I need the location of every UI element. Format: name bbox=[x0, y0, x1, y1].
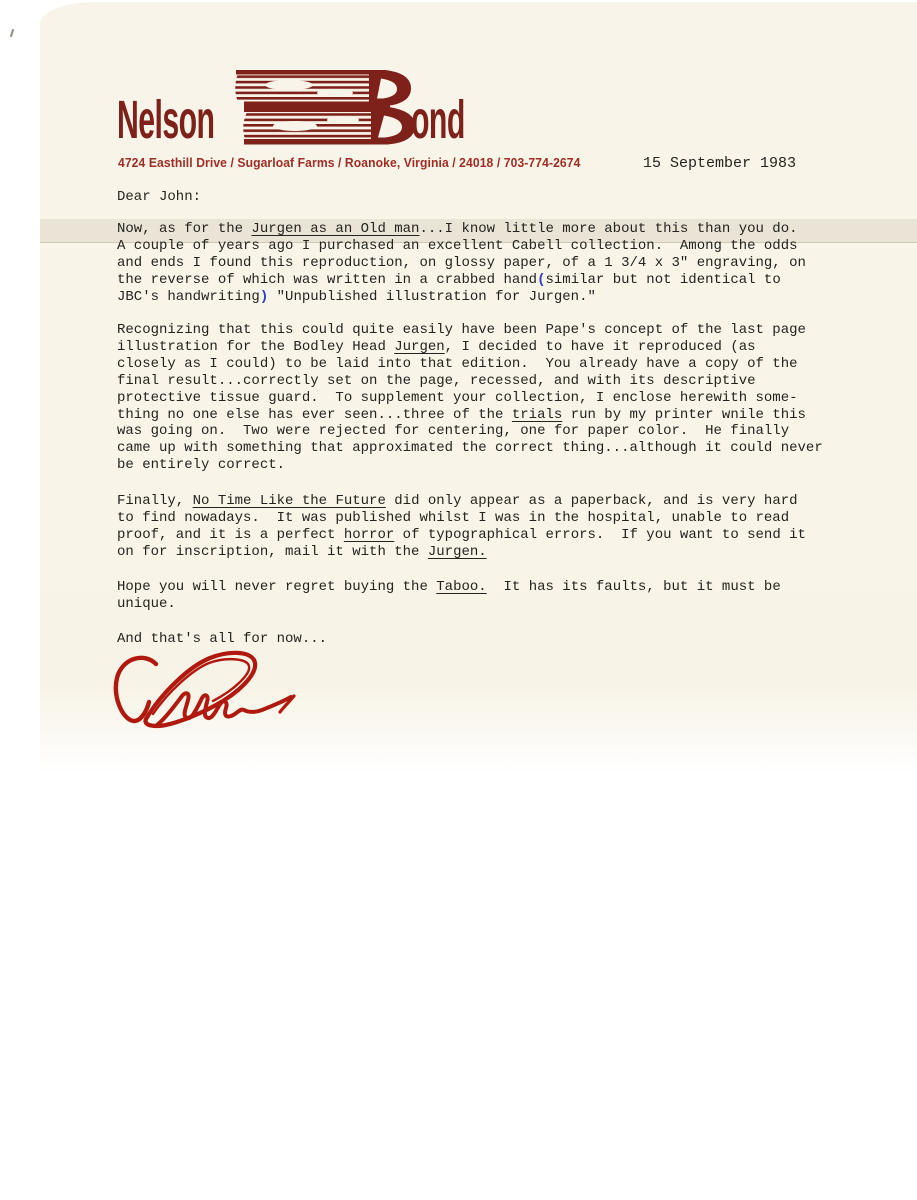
underlined-text: Jurgen as an Old man bbox=[251, 221, 419, 237]
paragraph-2: Recognizing that this could quite easily… bbox=[117, 322, 837, 474]
handwritten-ink-mark: ) bbox=[260, 289, 268, 305]
paragraph-1: Now, as for the Jurgen as an Old man...I… bbox=[117, 221, 837, 306]
letter-date: 15 September 1983 bbox=[643, 155, 796, 172]
letterhead-name-suffix: ond bbox=[411, 95, 465, 145]
text-run: Finally, bbox=[117, 493, 193, 509]
text-run: Now, as for the bbox=[117, 221, 251, 237]
underlined-text: Jurgen. bbox=[428, 544, 487, 560]
underlined-text: trials bbox=[512, 407, 562, 423]
paragraph-4: Hope you will never regret buying the Ta… bbox=[117, 579, 837, 613]
text-run: Hope you will never regret buying the bbox=[117, 579, 436, 595]
salutation: Dear John: bbox=[117, 189, 837, 206]
scanned-letter: Nelson ond 4724 Easthill Drive / Sugarlo… bbox=[0, 0, 917, 1200]
underlined-text: Jurgen bbox=[394, 339, 444, 355]
stacked-books-logo-icon bbox=[231, 70, 415, 145]
paragraph-3: Finally, No Time Like the Future did onl… bbox=[117, 493, 837, 561]
underlined-text: No Time Like the Future bbox=[193, 493, 386, 509]
letterhead-address: 4724 Easthill Drive / Sugarloaf Farms / … bbox=[118, 156, 580, 170]
underlined-text: horror bbox=[344, 527, 394, 543]
letterhead-name-prefix: Nelson bbox=[117, 95, 214, 145]
text-run: "Unpublished illustration for Jurgen." bbox=[268, 289, 596, 305]
signature-icon bbox=[104, 640, 299, 745]
scan-speck bbox=[10, 29, 14, 37]
underlined-text: Taboo. bbox=[436, 579, 486, 595]
